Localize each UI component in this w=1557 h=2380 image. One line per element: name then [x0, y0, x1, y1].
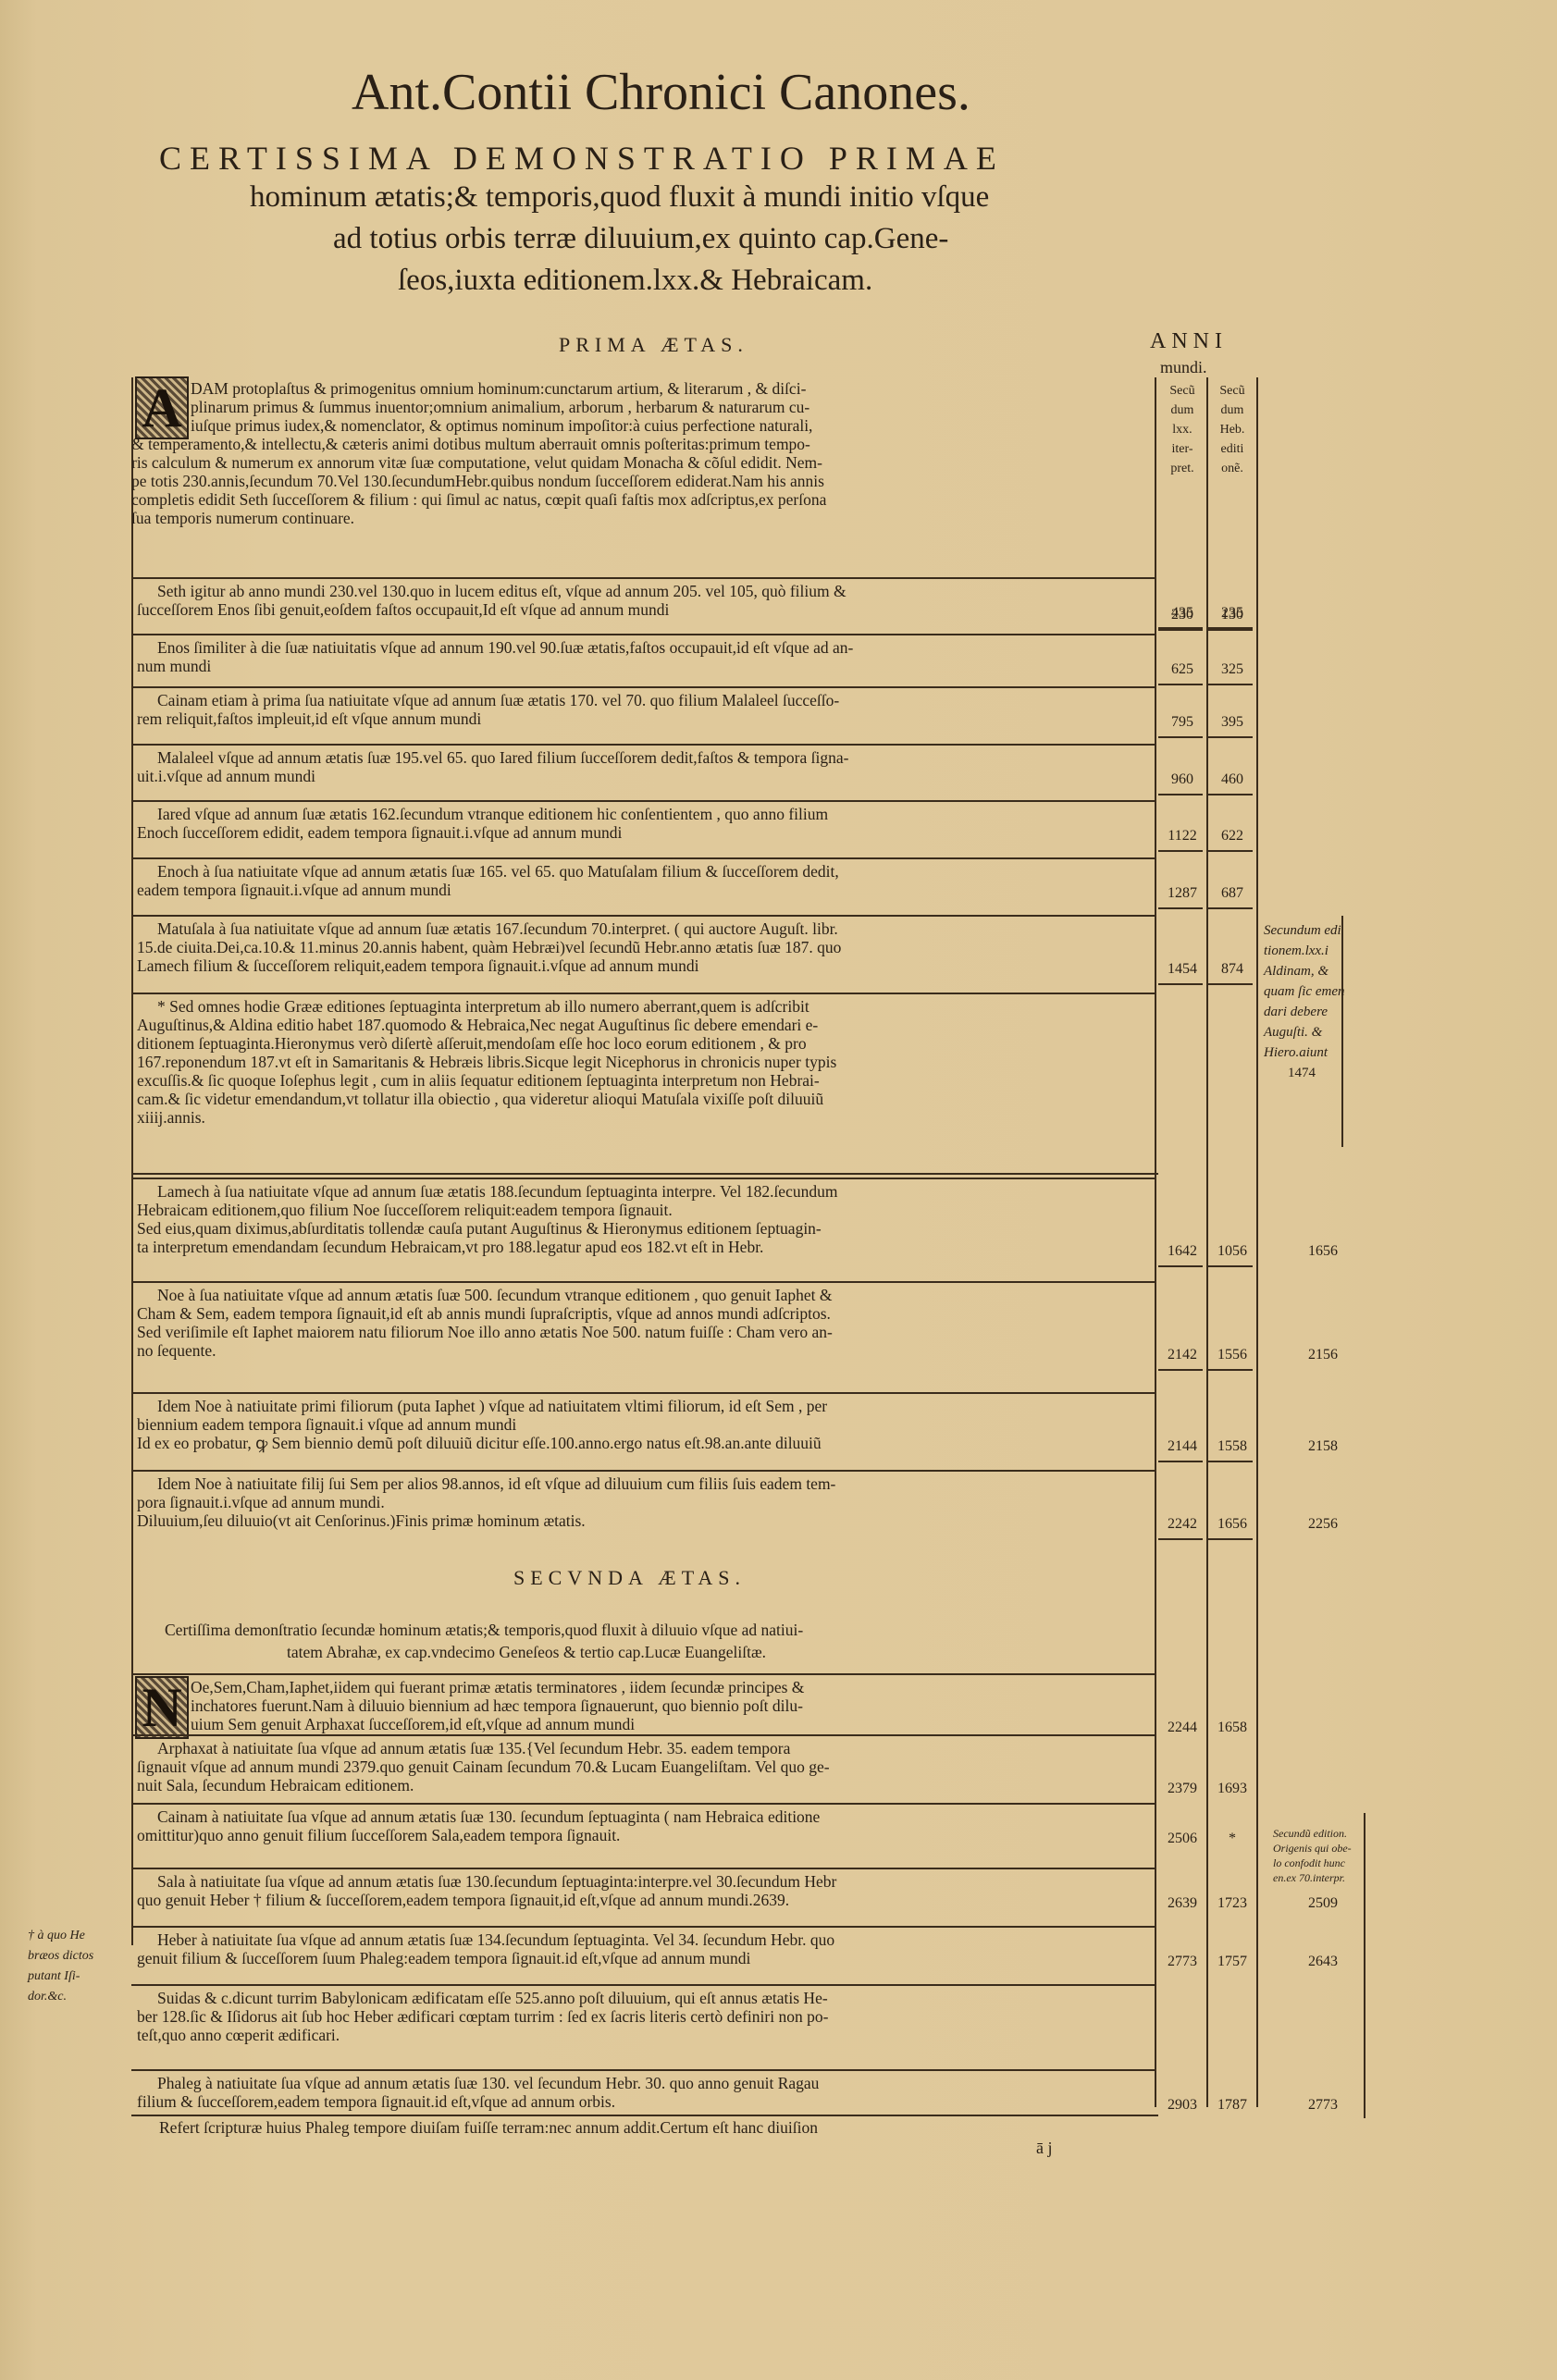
- row-text-line: 167.reponendum 187.vt eſt in Samaritanis…: [137, 1053, 1153, 1071]
- table-row: Arphaxat à natiuitate ſua vſque ad annum…: [137, 1739, 1153, 1794]
- row-text-line: Arphaxat à natiuitate ſua vſque ad annum…: [137, 1739, 1153, 1757]
- row-text-line: Cham & Sem, eadem tempora ſignauit,id eſ…: [137, 1304, 1153, 1323]
- subtitle-caps: CERTISSIMA DEMONSTRATIO PRIMAE: [159, 139, 1251, 178]
- year-hebrew: 460: [1208, 771, 1256, 788]
- row-text-line: uit.i.vſque ad annum mundi: [137, 767, 1153, 785]
- row-rule: [131, 2069, 1155, 2071]
- row-rule: [131, 1868, 1155, 1869]
- row-text-line: ber 128.ſic & Iſidorus ait ſub hoc Heber…: [137, 2007, 1153, 2026]
- row-text-line: Enos ſimiliter à die ſuæ natiuitatis vſq…: [137, 638, 1153, 657]
- row-text-line: cam.& ſic videtur emendandum,vt tollatur…: [137, 1090, 1153, 1108]
- row-text-line: iuſque primus iudex,& nomenclator, & opt…: [191, 416, 1153, 435]
- row-text-line: excuſſis.& ſic quoque Ioſephus legit , c…: [137, 1071, 1153, 1090]
- year-rule: [1208, 627, 1253, 629]
- table-row: DAM protoplaſtus & primogenitus omnium h…: [191, 379, 1153, 527]
- table-row: * Sed omnes hodie Grææ editiones ſeptuag…: [137, 997, 1153, 1127]
- row-text-line: Phaleg à natiuitate ſua vſque ad annum æ…: [137, 2074, 1153, 2092]
- row-rule: [131, 686, 1155, 688]
- row-text-line: Auguſtinus,& Aldina editio habet 187.quo…: [137, 1016, 1153, 1034]
- row-rule: [131, 1178, 1155, 1179]
- row-text-line: Diluuium,ſeu diluuio(vt ait Cenſorinus.)…: [137, 1511, 1153, 1530]
- row-rule: [131, 1470, 1155, 1472]
- row-text-line: Lamech à ſua natiuitate vſque ad annum ſ…: [137, 1182, 1153, 1201]
- row-rule: [131, 1984, 1155, 1986]
- sidenote-line: tionem.lxx.i: [1264, 942, 1328, 961]
- table-row: Matuſala à ſua natiuitate vſque ad annum…: [137, 919, 1153, 975]
- year-rule: [1208, 1538, 1253, 1540]
- year-rule: [1208, 794, 1253, 795]
- row-text-line: DAM protoplaſtus & primogenitus omnium h…: [191, 379, 1153, 398]
- table-row: Cainam etiam à prima ſua natiuitate vſqu…: [137, 691, 1153, 728]
- row-text-line: Oe,Sem,Cham,Iaphet,iidem qui fuerant pri…: [191, 1678, 1153, 1696]
- row-text-line: inchatores fuerunt.Nam à diluuio bienniu…: [191, 1696, 1153, 1715]
- year-rule: [1208, 850, 1253, 852]
- row-text-line: ſucceſſorem Enos ſibi genuit,eoſdem faſt…: [137, 600, 1153, 619]
- sidenote-line: Secundum edi: [1264, 921, 1341, 941]
- column-header-lxx: pret.: [1158, 459, 1206, 478]
- row-text-line: Suidas & c.dicunt turrim Babylonicam ædi…: [137, 1989, 1153, 2007]
- row-text-line: * Sed omnes hodie Grææ editiones ſeptuag…: [137, 997, 1153, 1016]
- row-text-line: Idem Noe à natiuitate primi filiorum (pu…: [137, 1397, 1153, 1415]
- column-header-lxx: dum: [1158, 401, 1206, 420]
- margin-note-line: dor.&c.: [28, 1987, 67, 2006]
- row-text-line: no ſequente.: [137, 1341, 1153, 1360]
- table-row: Enoch à ſua natiuitate vſque ad annum æt…: [137, 862, 1153, 899]
- subtitle-line: ſeos,iuxta editionem.lxx.& Hebraicam.: [398, 264, 872, 298]
- row-text-line: ſua temporis numerum continuare.: [131, 509, 1153, 527]
- year-lxx: 1642: [1158, 1243, 1206, 1260]
- table-row: Idem Noe à natiuitate filij ſui Sem per …: [137, 1474, 1153, 1530]
- year-rule: [1158, 1369, 1203, 1371]
- row-rule: [131, 2115, 1158, 2116]
- year-lxx: 960: [1158, 771, 1206, 788]
- year-hebrew: 622: [1208, 828, 1256, 845]
- year-rule: [1158, 629, 1203, 631]
- year-lxx: 1122: [1158, 828, 1206, 845]
- table-row: Sala à natiuitate ſua vſque ad annum æta…: [137, 1872, 1153, 1909]
- row-text-line: Idem Noe à natiuitate filij ſui Sem per …: [137, 1474, 1153, 1493]
- sidenote-border: [1341, 916, 1343, 1147]
- signature-mark: ā j: [1036, 2139, 1053, 2158]
- section-heading-secunda: SECVNDA ÆTAS.: [513, 1566, 746, 1590]
- row-rule: [131, 744, 1155, 746]
- year-lxx: 795: [1158, 714, 1206, 731]
- year-rule: [1158, 1461, 1203, 1462]
- sidenote-line: Aldinam, &: [1264, 962, 1328, 981]
- row-text-line: Noe à ſua natiuitate vſque ad annum ætat…: [137, 1286, 1153, 1304]
- table-row: Enos ſimiliter à die ſuæ natiuitatis vſq…: [137, 638, 1153, 675]
- table-row: Phaleg à natiuitate ſua vſque ad annum æ…: [137, 2074, 1153, 2111]
- row-text-line: eadem tempora ſignauit.i.vſque ad annum …: [137, 881, 1153, 899]
- row-text-line: genuit filium & ſucceſſorem ſuum Phaleg:…: [137, 1949, 1153, 1967]
- year-rule: [1158, 1265, 1203, 1267]
- row-rule: [131, 1173, 1158, 1175]
- year-hebrew: 1693: [1208, 1781, 1256, 1797]
- column-header-hebrew: editi: [1208, 439, 1256, 459]
- table-left-border: [131, 377, 133, 1945]
- table-row: Heber à natiuitate ſua vſque ad annum æt…: [137, 1930, 1153, 1967]
- column-divider: [1256, 377, 1258, 2107]
- row-rule: [131, 1926, 1155, 1928]
- row-text-line: pe totis 230.annis,ſecundum 70.Vel 130.ſ…: [131, 472, 1153, 490]
- intro-line: Certiſſima demonſtratio ſecundæ hominum …: [165, 1621, 1164, 1639]
- year-hebrew: 687: [1208, 885, 1256, 902]
- row-text-line: xiiij.annis.: [137, 1108, 1153, 1127]
- year-hebrew: 1556: [1208, 1347, 1256, 1363]
- year-hebrew: 1056: [1208, 1243, 1256, 1260]
- page-title: Ant.Contii Chronici Canones.: [352, 63, 970, 122]
- sidenote-line: Hiero.aiunt: [1264, 1043, 1328, 1063]
- row-text-line: Sed veriſimile eſt Iaphet maiorem natu f…: [137, 1323, 1153, 1341]
- year-rule: [1158, 850, 1203, 852]
- table-row: Idem Noe à natiuitate primi filiorum (pu…: [137, 1397, 1153, 1452]
- row-text-line: teſt,quo anno cœperit ædificari.: [137, 2026, 1153, 2044]
- column-header-lxx: Secũ: [1158, 381, 1206, 401]
- table-row: Malaleel vſque ad annum ætatis ſuæ 195.v…: [137, 748, 1153, 785]
- row-text-line: Lamech filium & ſucceſſorem reliquit,ead…: [137, 956, 1153, 975]
- row-text-line: completis edidit Seth ſucceſſorem & fili…: [131, 490, 1153, 509]
- year-rule: [1208, 684, 1253, 685]
- row-text-line: ditionem ſeptuaginta.Hieronymus verò diſ…: [137, 1034, 1153, 1053]
- row-text-line: Sala à natiuitate ſua vſque ad annum æta…: [137, 1872, 1153, 1891]
- row-rule: [131, 634, 1155, 635]
- year-rule: [1208, 736, 1253, 738]
- year-lxx: 2242: [1158, 1516, 1206, 1533]
- year-hebrew: 1723: [1208, 1895, 1256, 1912]
- anni-heading: ANNI: [1150, 329, 1228, 354]
- margin-note-line: bræos dictos: [28, 1946, 93, 1966]
- year-alternate: 2158: [1286, 1438, 1360, 1455]
- year-alternate: 2256: [1286, 1516, 1360, 1533]
- row-text-line: & temperamento,& intellectu,& cæteris an…: [131, 435, 1153, 453]
- year-rule: [1208, 1265, 1253, 1267]
- table-row: Seth igitur ab anno mundi 230.vel 130.qu…: [137, 582, 1153, 619]
- year-hebrew: *: [1208, 1831, 1256, 1847]
- row-text-line: ſignauit vſque ad annum mundi 2379.quo g…: [137, 1757, 1153, 1776]
- year-hebrew: 1658: [1208, 1720, 1256, 1736]
- year-alternate: 1656: [1286, 1243, 1360, 1260]
- sidenote-line: 1474: [1288, 1064, 1316, 1083]
- year-rule: [1158, 907, 1203, 909]
- year-rule: [1158, 983, 1203, 985]
- table-row-last: Refert ſcripturæ huius Phaleg tempore di…: [159, 2118, 1168, 2137]
- row-rule: [131, 577, 1155, 579]
- row-rule: [131, 1673, 1155, 1675]
- section-heading-prima: PRIMA ÆTAS.: [559, 333, 748, 357]
- row-text-line: Heber à natiuitate ſua vſque ad annum æt…: [137, 1930, 1153, 1949]
- sidenote-line: quam ſic emen: [1264, 982, 1344, 1002]
- row-text-line: Id ex eo probatur, ꝙ Sem biennio demũ po…: [137, 1434, 1153, 1452]
- subtitle-line: ad totius orbis terræ diluuium,ex quinto…: [333, 222, 948, 256]
- year-hebrew: 1787: [1208, 2097, 1256, 2114]
- sidenote-line: Auguſti. &: [1264, 1023, 1322, 1042]
- row-rule: [131, 1734, 1155, 1736]
- margin-note-line: † à quo He: [28, 1926, 85, 1945]
- row-text-line: Cainam à natiuitate ſua vſque ad annum æ…: [137, 1807, 1153, 1826]
- row-text-line: Matuſala à ſua natiuitate vſque ad annum…: [137, 919, 1153, 938]
- intro-line: tatem Abrahæ, ex cap.vndecimo Geneſeos &…: [287, 1643, 1286, 1661]
- row-text-line: Seth igitur ab anno mundi 230.vel 130.qu…: [137, 582, 1153, 600]
- year-hebrew: 1558: [1208, 1438, 1256, 1455]
- table-row: Iared vſque ad annum ſuæ ætatis 162.ſecu…: [137, 805, 1153, 842]
- year-lxx: 1287: [1158, 885, 1206, 902]
- row-text-line: Iared vſque ad annum ſuæ ætatis 162.ſecu…: [137, 805, 1153, 823]
- row-text-line: biennium eadem tempora ſignauit.i vſque …: [137, 1415, 1153, 1434]
- year-rule: [1158, 794, 1203, 795]
- year-hebrew: 235: [1208, 605, 1256, 622]
- column-divider: [1155, 377, 1156, 2107]
- year-rule: [1158, 627, 1203, 629]
- row-text-line: Sed eius,quam diximus,abſurditatis tolle…: [137, 1219, 1153, 1238]
- year-rule: [1208, 983, 1253, 985]
- row-text-line: uium Sem genuit Arphaxat ſucceſſorem,id …: [191, 1715, 1153, 1733]
- year-lxx: 2773: [1158, 1954, 1206, 1970]
- row-text-line: plinarum primus & ſummus inuentor;omnium…: [191, 398, 1153, 416]
- year-rule: [1208, 907, 1253, 909]
- row-text-line: nuit Sala, ſecundum Hebraicam editionem.: [137, 1776, 1153, 1794]
- year-alternate: 2156: [1286, 1347, 1360, 1363]
- year-rule: [1208, 1461, 1253, 1462]
- row-rule: [131, 857, 1155, 859]
- table-row: Oe,Sem,Cham,Iaphet,iidem qui fuerant pri…: [191, 1678, 1153, 1733]
- row-text-line: pora ſignauit.i.vſque ad annum mundi.: [137, 1493, 1153, 1511]
- year-hebrew: 395: [1208, 714, 1256, 731]
- year-lxx: 2244: [1158, 1720, 1206, 1736]
- row-text-line: num mundi: [137, 657, 1153, 675]
- row-rule: [131, 993, 1155, 994]
- row-text-line: quo genuit Heber † filium & ſucceſſorem,…: [137, 1891, 1153, 1909]
- decorated-initial-a: A: [135, 376, 189, 439]
- column-header-hebrew: Heb.: [1208, 420, 1256, 439]
- table-row: Suidas & c.dicunt turrim Babylonicam ædi…: [137, 1989, 1153, 2044]
- year-rule: [1208, 1369, 1253, 1371]
- table-row: Lamech à ſua natiuitate vſque ad annum ſ…: [137, 1182, 1153, 1256]
- year-hebrew: 874: [1208, 961, 1256, 978]
- row-text-line: Cainam etiam à prima ſua natiuitate vſqu…: [137, 691, 1153, 709]
- decorated-initial-n: N: [135, 1676, 189, 1739]
- year-hebrew: 325: [1208, 661, 1256, 678]
- row-text-line: filium & ſucceſſorem,eadem tempora ſigna…: [137, 2092, 1153, 2111]
- year-lxx: 2144: [1158, 1438, 1206, 1455]
- subtitle-line: hominum ætatis;& temporis,quod fluxit à …: [250, 180, 989, 215]
- year-alternate: 2509: [1286, 1895, 1360, 1912]
- row-text-line: Enoch ſucceſſorem edidit, eadem tempora …: [137, 823, 1153, 842]
- row-text-line: ta interpretum emendandam ſecundum Hebra…: [137, 1238, 1153, 1256]
- row-rule: [131, 1392, 1155, 1394]
- row-rule: [131, 915, 1155, 917]
- row-rule: [131, 1803, 1155, 1805]
- year-lxx: 2142: [1158, 1347, 1206, 1363]
- mundi-heading: mundi.: [1160, 358, 1207, 377]
- year-alternate: 2773: [1286, 2097, 1360, 2114]
- year-rule: [1158, 1538, 1203, 1540]
- column-header-hebrew: dum: [1208, 401, 1256, 420]
- year-rule: [1158, 736, 1203, 738]
- sidenote-line: dari debere: [1264, 1003, 1328, 1022]
- row-text-line: rem reliquit,faſtos impleuit,id eſt vſqu…: [137, 709, 1153, 728]
- row-rule: [131, 800, 1155, 802]
- column-header-hebrew: onẽ.: [1208, 459, 1256, 478]
- year-hebrew: 1757: [1208, 1954, 1256, 1970]
- year-lxx: 2903: [1158, 2097, 1206, 2114]
- row-text-line: ris calculum & numerum ex annorum vitæ ſ…: [131, 453, 1153, 472]
- year-lxx: 2639: [1158, 1895, 1206, 1912]
- sidenote-border: [1364, 1813, 1365, 2118]
- year-rule: [1208, 629, 1253, 631]
- column-header-lxx: iter-: [1158, 439, 1206, 459]
- year-rule: [1158, 684, 1203, 685]
- row-text-line: Hebraicam editionem,quo filium Noe ſucce…: [137, 1201, 1153, 1219]
- year-lxx: 2379: [1158, 1781, 1206, 1797]
- column-header-hebrew: Secũ: [1208, 381, 1256, 401]
- year-lxx: 1454: [1158, 961, 1206, 978]
- row-rule: [131, 1281, 1155, 1283]
- row-text-line: Enoch à ſua natiuitate vſque ad annum æt…: [137, 862, 1153, 881]
- row-text-line: Malaleel vſque ad annum ætatis ſuæ 195.v…: [137, 748, 1153, 767]
- column-header-lxx: lxx.: [1158, 420, 1206, 439]
- year-lxx: 2506: [1158, 1831, 1206, 1847]
- year-alternate: 2643: [1286, 1954, 1360, 1970]
- year-lxx: 625: [1158, 661, 1206, 678]
- table-row: Noe à ſua natiuitate vſque ad annum ætat…: [137, 1286, 1153, 1360]
- year-lxx: 435: [1158, 605, 1206, 622]
- year-hebrew: 1656: [1208, 1516, 1256, 1533]
- row-text-line: omittitur)quo anno genuit filium ſucceſſ…: [137, 1826, 1153, 1844]
- sidenote-line: en.ex 70.interpr.: [1273, 1868, 1345, 1888]
- margin-note-line: putant Iſi-: [28, 1967, 80, 1986]
- row-text-line: 15.de ciuita.Dei,ca.10.& 11.minus 20.ann…: [137, 938, 1153, 956]
- table-row: Cainam à natiuitate ſua vſque ad annum æ…: [137, 1807, 1153, 1844]
